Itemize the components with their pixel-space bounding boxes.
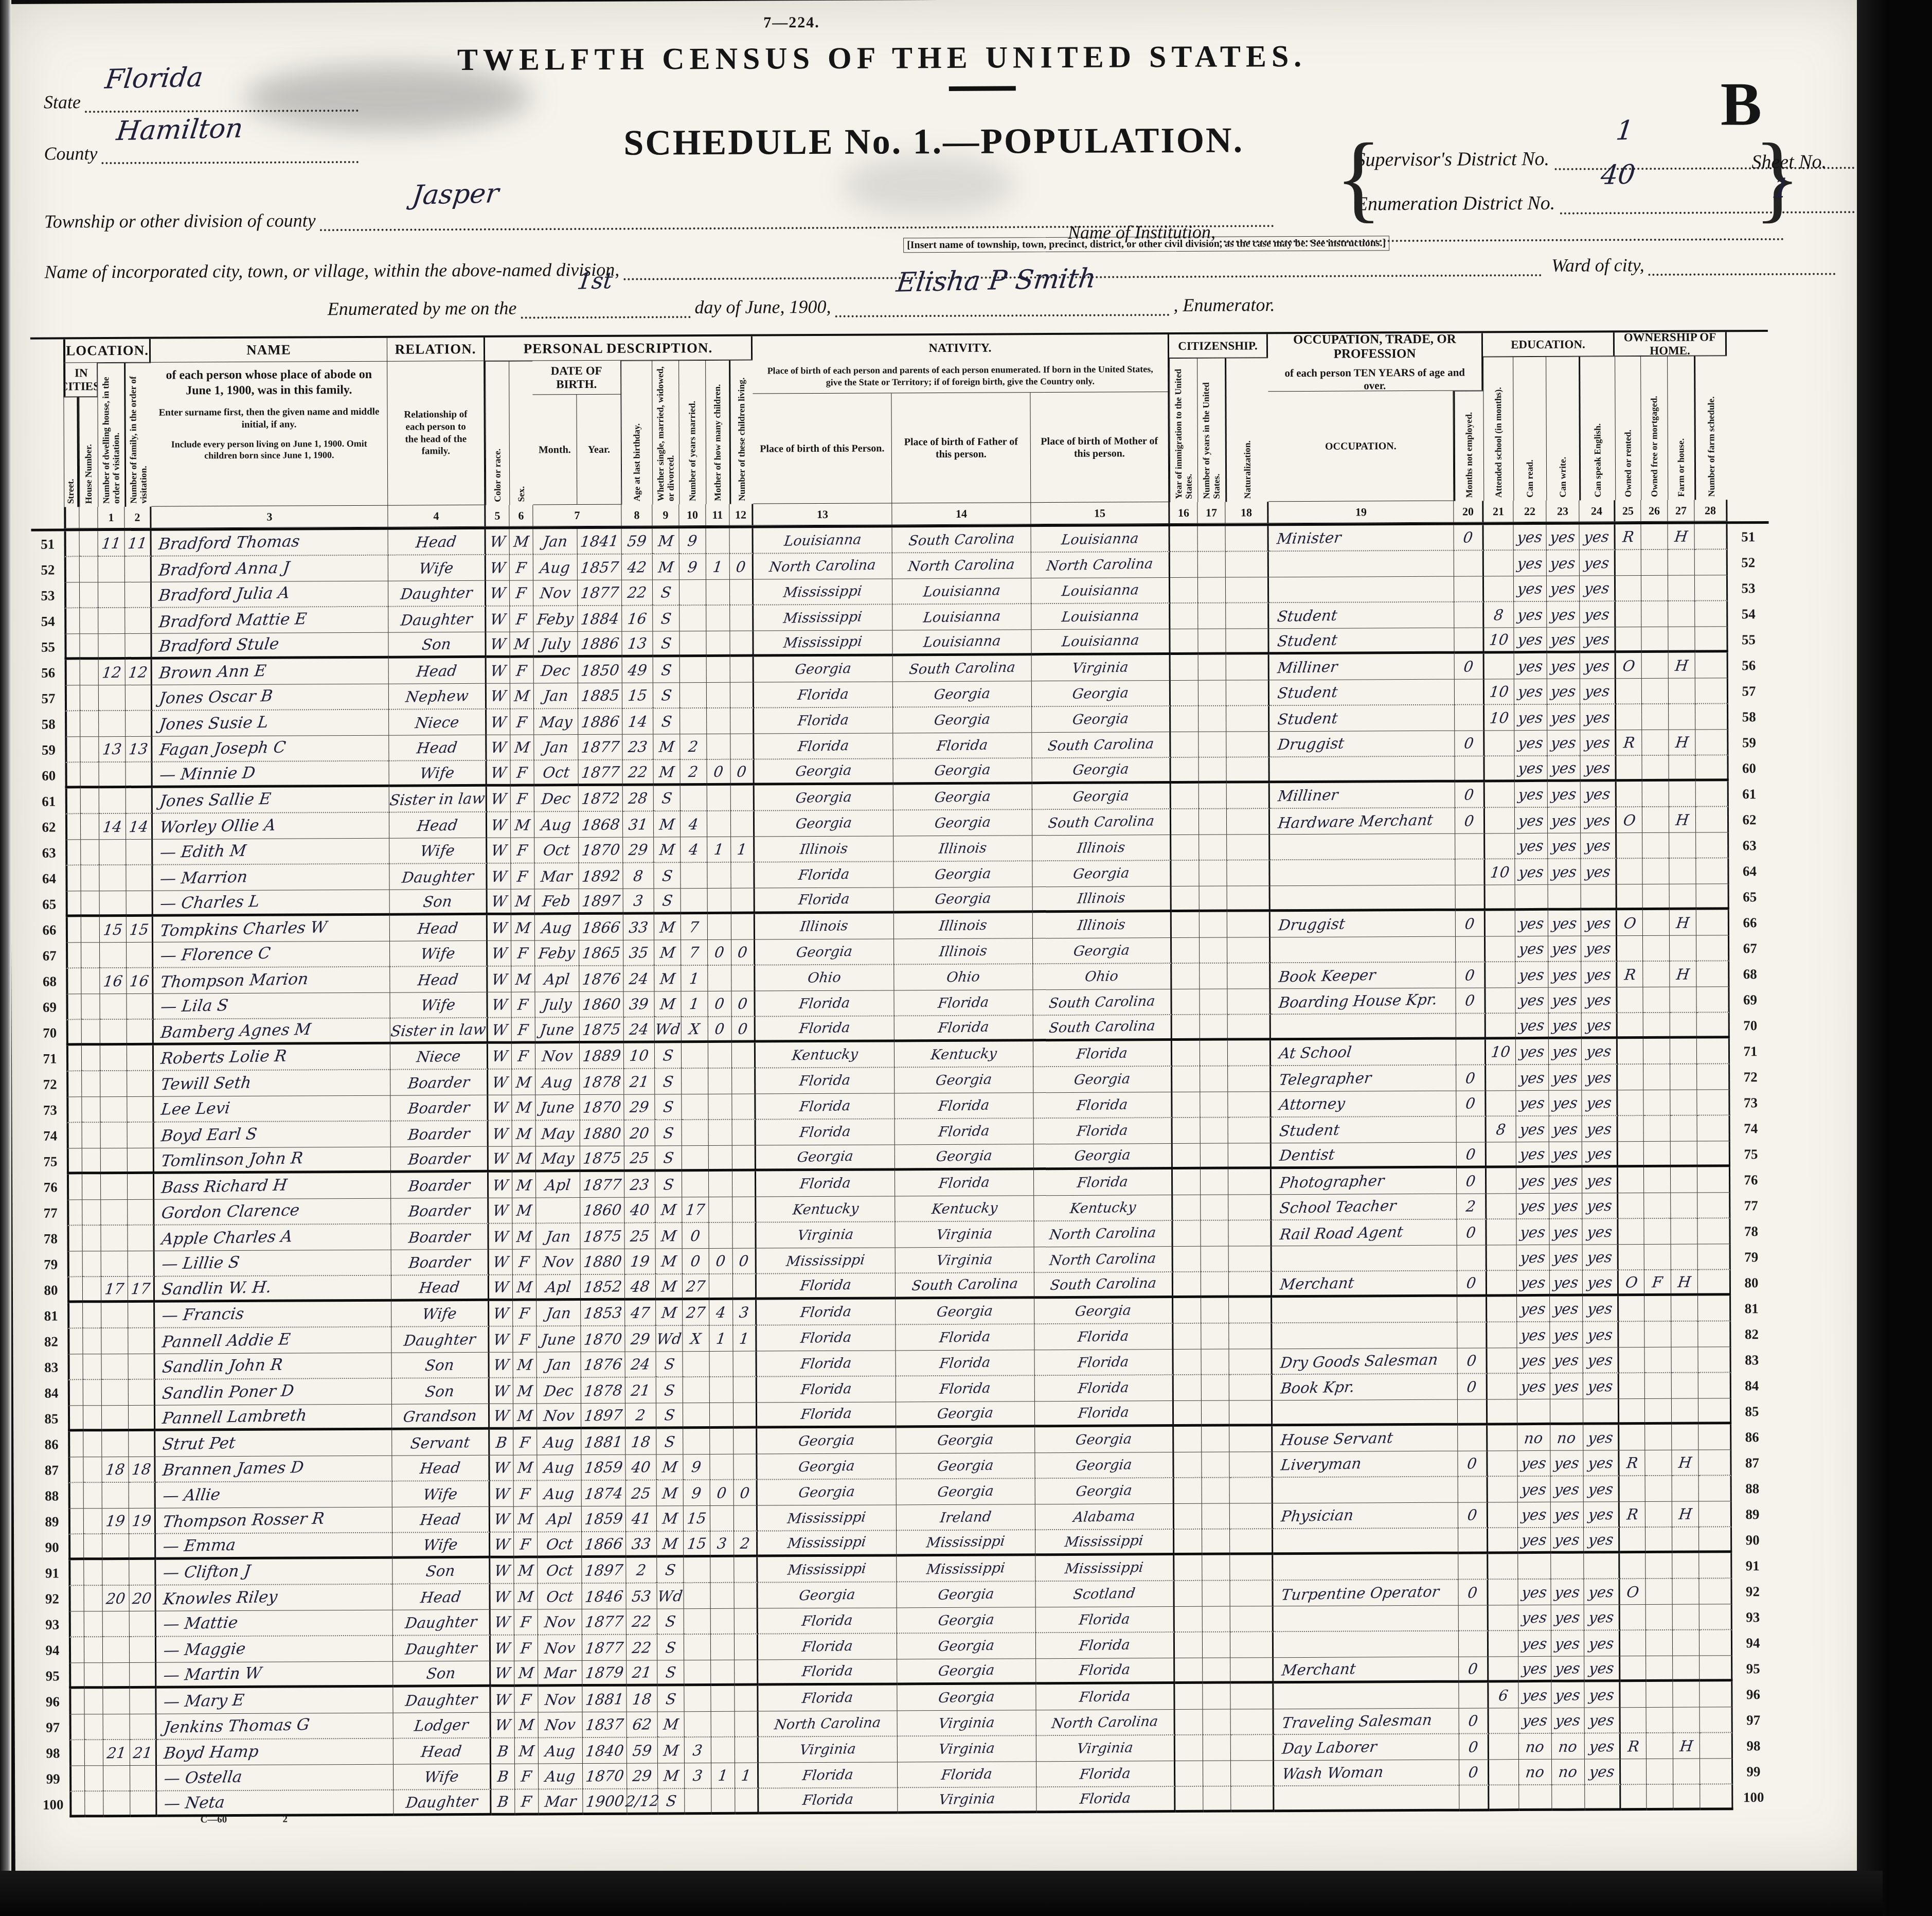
cell-color: W <box>486 529 510 555</box>
enum-post: , Enumerator. <box>1173 294 1275 316</box>
cell-c18 <box>1227 989 1271 1015</box>
cell-owned_free_or_mortgaged <box>1646 1630 1673 1656</box>
cell-c18 <box>1230 1503 1273 1529</box>
entry-birth_year: 1872 <box>580 789 620 808</box>
cell-mother_of <box>707 863 731 889</box>
cell-street <box>66 1020 82 1045</box>
entry-pob_person: Florida <box>799 1097 851 1114</box>
entry-pob_person: Florida <box>798 995 851 1012</box>
cell-family <box>129 1560 156 1586</box>
entry-mother_of: 0 <box>714 1020 726 1037</box>
entry-pob_person: Virginia <box>797 1227 855 1244</box>
entry-occupation: Traveling Salesman <box>1281 1711 1433 1731</box>
entry-name: Bass Richard H <box>160 1176 288 1197</box>
cell-name: — Florence C <box>153 942 390 968</box>
entry-can_speak_english: yes <box>1583 554 1611 572</box>
cell-can_read: yes <box>1516 1039 1549 1065</box>
entry-sex: F <box>521 1793 533 1810</box>
entry-can_speak_english: yes <box>1585 965 1613 983</box>
cell-age: 24 <box>625 1352 656 1377</box>
entry-relation: Head <box>419 1459 462 1477</box>
entry-pob_person: Florida <box>797 686 849 703</box>
cell-c28 <box>1700 1784 1733 1810</box>
cell-years_married <box>682 1172 709 1197</box>
cell-sex: F <box>514 1687 538 1712</box>
entry-occupation: Student <box>1276 631 1338 650</box>
entry-can_speak_english: yes <box>1586 1120 1613 1138</box>
cell-can_speak_english: yes <box>1582 1013 1618 1039</box>
line-number-right: 65 <box>1729 884 1770 910</box>
cell-owned_or_rented: R <box>1617 962 1643 987</box>
cell-c18 <box>1229 1272 1272 1298</box>
column-number: 19 <box>1268 501 1454 524</box>
entry-birth_year: 1884 <box>580 610 620 628</box>
entry-pob_father: South Carolina <box>911 1276 1019 1294</box>
entry-can_write: yes <box>1549 579 1577 597</box>
entry-children_living: 3 <box>738 1303 750 1321</box>
cell-sex: F <box>510 555 533 580</box>
cell-age: 16 <box>622 606 653 631</box>
cell-children_living <box>731 966 755 991</box>
cell-can_write: yes <box>1549 1091 1582 1116</box>
entry-relation: Daughter <box>405 1792 478 1811</box>
entry-birth_month: Apl <box>543 970 570 988</box>
entry-pob_mother: North Carolina <box>1049 1225 1157 1243</box>
cell-can_read: yes <box>1514 576 1547 602</box>
cell-can_speak_english: yes <box>1580 524 1616 550</box>
cell-color: B <box>491 1764 515 1790</box>
cell-owned_free_or_mortgaged <box>1642 653 1669 679</box>
cell-family: 20 <box>129 1586 156 1611</box>
cell-dwelling <box>103 1663 130 1689</box>
entry-relation: Boarder <box>407 1149 471 1168</box>
nativity-note: Place of birth of each person and parent… <box>760 363 1160 388</box>
cell-mother_of <box>707 786 731 811</box>
cell-pob_mother: Illinois <box>1033 886 1172 913</box>
cell-age: 62 <box>627 1712 658 1737</box>
cell-c28 <box>1695 755 1728 781</box>
cell-birth_year: 1840 <box>583 1738 627 1764</box>
cell-mother_of <box>706 606 730 631</box>
cell-birth_year: 1860 <box>580 1198 624 1223</box>
entry-can_write: yes <box>1554 1635 1581 1653</box>
cell-years_married: X <box>682 1017 708 1043</box>
entry-occupation: Merchant <box>1281 1660 1357 1679</box>
entry-can_write: yes <box>1549 528 1577 546</box>
line-number-left: 79 <box>34 1251 67 1277</box>
entry-can_write: yes <box>1554 1686 1582 1704</box>
cell-age: 41 <box>626 1506 657 1532</box>
entry-relation: Wife <box>419 842 456 860</box>
cell-farm_or_house <box>1671 1245 1698 1270</box>
cell-c17 <box>1203 1658 1230 1684</box>
cell-birth_year: 1875 <box>580 1018 624 1043</box>
cell-name: — Edith M <box>153 839 389 865</box>
cell-family: 18 <box>129 1457 155 1483</box>
cell-color: W <box>490 1481 514 1507</box>
cell-pob_father: South Carolina <box>893 655 1032 682</box>
cell-can_read <box>1518 1554 1551 1580</box>
entry-can_speak_english: yes <box>1586 1144 1613 1162</box>
cell-birth_year: 1866 <box>579 915 623 941</box>
entry-marital: S <box>660 634 672 652</box>
cell-birth_year: 1846 <box>582 1584 626 1609</box>
cell-relation: Servant <box>392 1430 490 1456</box>
entry-pob_person: Florida <box>800 1355 852 1372</box>
cell-birth_month: Aug <box>534 812 579 838</box>
entry-age: 29 <box>628 841 649 859</box>
cell-pob_person: Mississippi <box>758 1505 897 1531</box>
entry-relation: Wife <box>419 764 456 782</box>
cell-c17 <box>1202 1555 1230 1581</box>
cell-birth_month: Oct <box>538 1584 582 1609</box>
cell-children_living <box>732 1094 756 1120</box>
entry-pob_father: Florida <box>937 1019 990 1036</box>
entry-pob_person: Florida <box>797 737 850 754</box>
entry-can_read: yes <box>1517 682 1544 700</box>
cell-street <box>65 737 80 762</box>
cell-marital: M <box>657 1532 684 1557</box>
cell-can_speak_english: yes <box>1583 1425 1619 1450</box>
cell-color: W <box>486 581 510 607</box>
entry-can_read: yes <box>1516 606 1544 624</box>
cell-pob_mother: Florida <box>1034 1324 1173 1350</box>
entry-birth_month: Jan <box>542 533 568 551</box>
entry-pob_father: Florida <box>939 1380 991 1397</box>
entry-pob_person: Mississippi <box>783 609 863 626</box>
entry-can_speak_english: yes <box>1587 1325 1614 1343</box>
cell-marital: M <box>658 1712 685 1737</box>
cell-can_read: yes <box>1518 1502 1551 1528</box>
entry-can_write: yes <box>1554 1659 1581 1677</box>
entry-pob_mother: Georgia <box>1071 711 1130 728</box>
cell-color: W <box>491 1636 514 1661</box>
cell-can_write: yes <box>1549 1194 1582 1219</box>
entry-age: 2/12 <box>624 1791 660 1809</box>
entry-marital: M <box>661 1510 679 1528</box>
cell-c28 <box>1700 1681 1732 1707</box>
entry-years_married: 2 <box>688 762 700 780</box>
cell-marital: M <box>654 966 681 991</box>
cell-age: 22 <box>627 1635 657 1660</box>
cell-sex: M <box>514 1506 538 1532</box>
entry-can_write: yes <box>1552 1172 1579 1190</box>
cell-sex: F <box>513 1301 536 1326</box>
entry-years_married: X <box>690 1329 703 1347</box>
cell-can_speak_english: yes <box>1581 987 1617 1013</box>
entry-pob_mother: Scotland <box>1072 1585 1136 1603</box>
cell-can_speak_english: yes <box>1583 1347 1619 1373</box>
entry-can_speak_english: yes <box>1588 1763 1616 1781</box>
cell-occupation <box>1274 1786 1459 1813</box>
entry-mother_of: 1 <box>715 1329 727 1347</box>
entry-can_write: yes <box>1552 1223 1580 1241</box>
entry-sex: M <box>516 1382 533 1400</box>
cell-family <box>127 994 153 1020</box>
entry-sex: M <box>512 533 530 551</box>
entry-relation: Boarder <box>407 1073 471 1092</box>
cell-owned_free_or_mortgaged <box>1645 1373 1672 1399</box>
entry-birth_year: 1875 <box>582 1149 622 1167</box>
cell-pob_mother: South Carolina <box>1032 732 1171 758</box>
cell-sex: M <box>512 1223 536 1249</box>
cell-color: W <box>487 735 510 761</box>
entry-birth_month: Apl <box>545 1278 572 1296</box>
entry-farm_or_house: H <box>1677 1453 1692 1471</box>
city-label: Name of incorporated city, town, or vill… <box>44 259 619 283</box>
cell-c16 <box>1170 552 1198 578</box>
entry-can_write: yes <box>1553 1531 1581 1549</box>
cell-dwelling <box>99 711 126 737</box>
cell-marital: M <box>657 1480 684 1506</box>
cell-attended_school <box>1487 1219 1516 1245</box>
relation-group-title: RELATION. <box>387 338 485 362</box>
entry-can_speak_english: yes <box>1586 1273 1614 1291</box>
cell-c16 <box>1174 1401 1202 1427</box>
cell-owned_or_rented <box>1616 704 1642 730</box>
entry-pob_father: Illinois <box>938 943 988 960</box>
entry-sex: M <box>513 635 530 653</box>
cell-can_speak_english <box>1585 1785 1621 1811</box>
cell-owned_free_or_mortgaged <box>1643 884 1670 910</box>
entry-months_not_employed: 2 <box>1465 1197 1477 1215</box>
cell-c28 <box>1700 1656 1732 1681</box>
entry-occupation: Milliner <box>1277 658 1339 677</box>
entry-birth_year: 1859 <box>583 1458 623 1477</box>
cell-family <box>127 1071 154 1097</box>
cell-sex: M <box>513 1275 536 1301</box>
col-can-read-label: Can read. <box>1513 357 1546 501</box>
entry-birth_year: 1841 <box>579 532 619 551</box>
cell-c16 <box>1171 861 1199 886</box>
entry-pob_person: Florida <box>799 1175 851 1192</box>
cell-pob_father: Louisianna <box>892 630 1031 656</box>
cell-c17 <box>1198 526 1226 552</box>
cell-mother_of <box>708 1043 732 1069</box>
entry-years_married: 2 <box>688 738 700 755</box>
line-number-left: 77 <box>34 1200 67 1226</box>
entry-mother_of: 0 <box>715 1252 727 1270</box>
cell-can_read: yes <box>1516 1014 1549 1039</box>
entry-family: 11 <box>127 534 148 552</box>
entry-mother_of: 0 <box>716 1484 728 1501</box>
cell-house <box>82 1174 101 1200</box>
cell-occupation <box>1273 1400 1458 1427</box>
cell-farm_or_house <box>1669 782 1696 807</box>
entry-pob_person: Mississippi <box>787 1560 867 1578</box>
cell-mother_of <box>708 1069 732 1094</box>
cell-pob_person: Virginia <box>759 1736 898 1763</box>
cell-pob_father: Georgia <box>896 1401 1035 1428</box>
entry-name: Tewill Seth <box>160 1073 252 1094</box>
cell-can_speak_english: yes <box>1580 704 1616 730</box>
cell-months_not_employed <box>1459 1785 1489 1811</box>
cell-relation: Head <box>392 1456 490 1482</box>
cell-color: W <box>487 684 510 709</box>
cell-can_write: yes <box>1548 833 1581 859</box>
line-number-left: 51 <box>31 531 64 557</box>
entry-can_read: yes <box>1521 1608 1548 1626</box>
entry-sex: F <box>518 1330 531 1348</box>
entry-name: Thompson Marion <box>159 969 309 991</box>
cell-months_not_employed <box>1459 1605 1489 1631</box>
entry-relation: Wife <box>423 1768 460 1786</box>
entry-pob_mother: Mississippi <box>1064 1533 1144 1550</box>
entry-can_read: yes <box>1520 1351 1547 1369</box>
entry-can_write: yes <box>1552 1273 1580 1291</box>
cell-pob_mother: Georgia <box>1032 758 1171 784</box>
cell-sex: M <box>513 1455 537 1481</box>
entry-pob_person: Florida <box>799 1124 851 1141</box>
cell-farm_or_house <box>1671 1193 1697 1219</box>
cell-c17 <box>1199 861 1227 886</box>
cell-sex: F <box>512 1043 535 1069</box>
cell-birth_year: 1877 <box>582 1635 627 1661</box>
cell-mother_of <box>708 966 731 991</box>
cell-pob_mother: Florida <box>1034 1350 1173 1376</box>
cell-pob_person: Florida <box>759 1788 898 1814</box>
line-number-right: 85 <box>1731 1398 1773 1424</box>
entry-pob_person: Georgia <box>796 1148 854 1165</box>
cell-pob_person: Florida <box>756 1093 895 1120</box>
cell-c18 <box>1226 526 1269 552</box>
cell-house <box>83 1457 102 1483</box>
line-number-left: 82 <box>34 1328 67 1354</box>
cell-pob_person: Florida <box>756 1170 895 1197</box>
cell-c17 <box>1201 1247 1229 1272</box>
entry-pob_father: Ireland <box>939 1509 992 1525</box>
entry-dwelling: 12 <box>101 663 122 681</box>
entry-relation: Niece <box>416 1047 461 1066</box>
date-of-birth-title: DATE OF BIRTH. <box>532 361 621 395</box>
cell-street <box>69 1791 85 1817</box>
cell-farm_or_house <box>1672 1528 1699 1553</box>
district-label: Enumeration District No. <box>1356 192 1555 216</box>
cell-mother_of <box>710 1583 734 1609</box>
cell-can_read: yes <box>1518 1477 1551 1502</box>
entry-dwelling: 13 <box>101 740 122 758</box>
entry-color: W <box>490 841 508 859</box>
cell-name: Tewill Seth <box>154 1070 390 1097</box>
cell-pob_mother: Georgia <box>1035 1452 1174 1479</box>
entry-color: W <box>491 1098 509 1116</box>
entry-relation: Daughter <box>404 1613 478 1632</box>
cell-house <box>84 1689 103 1714</box>
entry-relation: Boarder <box>407 1253 471 1272</box>
cell-owned_free_or_mortgaged <box>1644 1116 1671 1142</box>
cell-owned_free_or_mortgaged <box>1645 1399 1672 1425</box>
cell-c18 <box>1226 552 1269 577</box>
cell-can_write: yes <box>1550 1297 1583 1322</box>
entry-color: W <box>492 1278 509 1296</box>
entry-pob_person: Georgia <box>795 789 853 806</box>
entry-occupation: Milliner <box>1277 786 1339 805</box>
entry-color: W <box>494 1691 511 1709</box>
cell-age: 53 <box>626 1583 657 1609</box>
entry-family: 21 <box>132 1744 153 1762</box>
cell-name: Jones Sallie E <box>153 787 389 814</box>
entry-can_write: yes <box>1549 606 1577 624</box>
cell-owned_free_or_mortgaged <box>1644 1219 1671 1245</box>
entry-birth_year: 1897 <box>584 1561 624 1580</box>
cell-can_speak_english: yes <box>1580 679 1616 704</box>
entry-relation: Wife <box>420 945 456 963</box>
line-number-left: 75 <box>34 1148 67 1174</box>
entry-marital: M <box>659 944 676 962</box>
cell-sex: F <box>511 941 535 966</box>
entry-years_married: 9 <box>691 1458 703 1476</box>
entry-pob_mother: Georgia <box>1072 761 1130 778</box>
cell-marital: S <box>657 1660 684 1686</box>
cell-children_living: 1 <box>735 1763 759 1789</box>
entry-pob_person: Florida <box>802 1791 854 1808</box>
cell-c16 <box>1172 1015 1200 1041</box>
entry-color: W <box>493 1459 510 1477</box>
cell-mother_of <box>711 1609 735 1635</box>
cell-c28 <box>1697 1115 1730 1141</box>
entry-relation: Daughter <box>400 610 473 629</box>
entry-birth_year: 1852 <box>582 1278 622 1296</box>
entry-can_read: no <box>1525 1737 1545 1755</box>
cell-attended_school <box>1486 1014 1516 1039</box>
entry-months_not_employed: 0 <box>1465 1094 1477 1112</box>
cell-c28 <box>1695 652 1728 678</box>
cell-pob_father: North Carolina <box>892 553 1031 579</box>
cell-c17 <box>1198 681 1226 706</box>
cell-occupation <box>1273 1529 1458 1555</box>
cell-years_married: 0 <box>683 1249 709 1274</box>
cell-owned_or_rented <box>1617 987 1643 1013</box>
cell-can_read: yes <box>1516 1219 1549 1245</box>
cell-owned_free_or_mortgaged <box>1642 782 1669 807</box>
cell-pob_mother: Georgia <box>1035 1427 1174 1453</box>
entry-children_living: 1 <box>740 1766 752 1784</box>
cell-can_read: yes <box>1514 705 1547 731</box>
cell-years_married <box>685 1789 711 1815</box>
entry-pob_person: Virginia <box>799 1741 857 1758</box>
cell-children_living: 3 <box>733 1300 757 1326</box>
cell-family: 14 <box>126 814 153 840</box>
entry-age: 35 <box>628 944 649 962</box>
entry-can_speak_english: yes <box>1588 1634 1615 1652</box>
cell-street <box>67 1174 82 1200</box>
cell-can_speak_english: yes <box>1584 1502 1620 1528</box>
cell-color: W <box>490 1507 514 1533</box>
cell-age: 22 <box>622 580 653 606</box>
cell-street <box>67 1123 82 1148</box>
cell-c18 <box>1229 1298 1272 1323</box>
entry-birth_month: Nov <box>544 1690 576 1708</box>
cell-occupation <box>1270 860 1455 886</box>
line-number-left: 87 <box>35 1457 68 1483</box>
entry-years_married: 17 <box>685 1201 706 1219</box>
cell-can_read: yes <box>1518 1631 1551 1657</box>
entry-sex: F <box>516 713 528 731</box>
cell-c17 <box>1201 1118 1228 1144</box>
entry-marital: M <box>660 1277 678 1295</box>
cell-sex: F <box>510 760 534 786</box>
cell-pob_mother: Georgia <box>1033 938 1172 964</box>
entry-sex: F <box>520 1613 532 1630</box>
cell-relation: Wife <box>389 761 487 787</box>
cell-years_married <box>679 606 706 631</box>
cell-birth_month: Mar <box>539 1789 583 1815</box>
entry-can_speak_english: yes <box>1583 605 1611 623</box>
cell-birth_month: Nov <box>539 1712 583 1738</box>
entry-pob_father: Florida <box>938 1097 990 1114</box>
cell-house <box>83 1251 101 1277</box>
cell-pob_person: Florida <box>758 1685 897 1711</box>
